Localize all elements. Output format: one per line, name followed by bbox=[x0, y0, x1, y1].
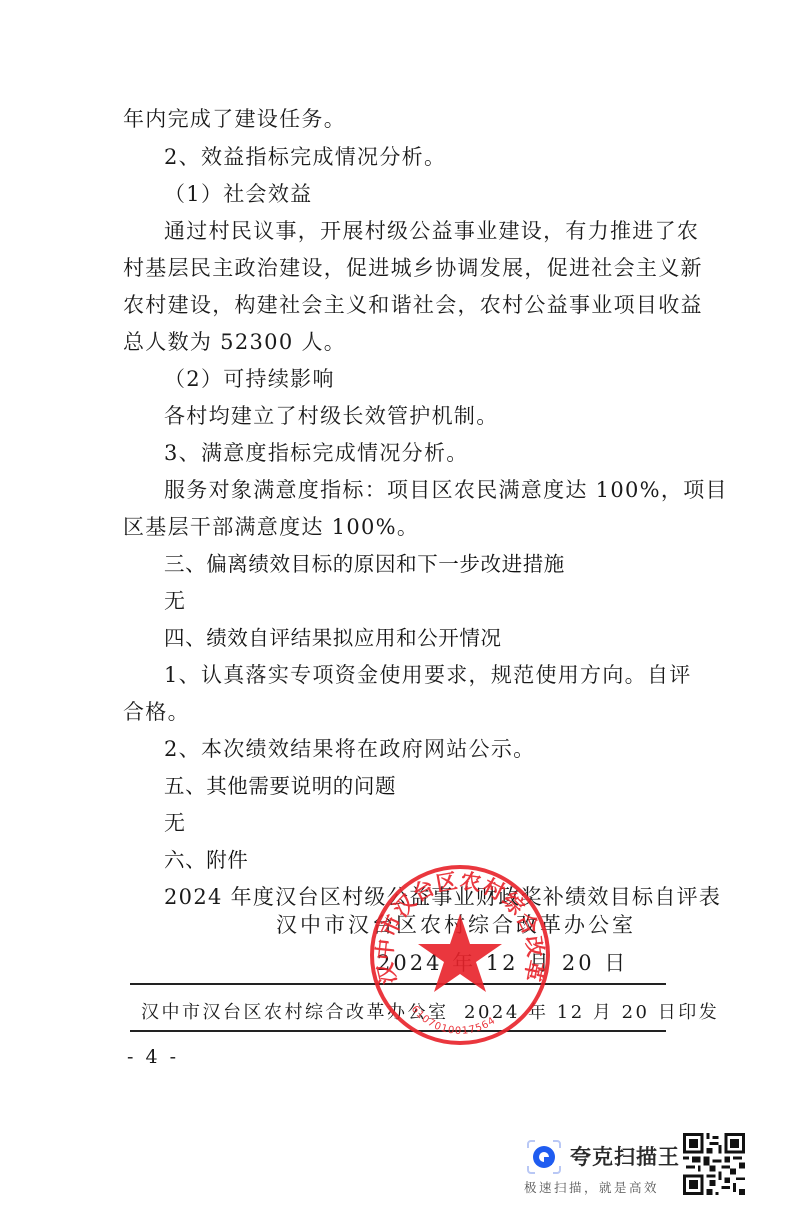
paragraph-line: 合格。 bbox=[123, 699, 190, 725]
document-page: 年内完成了建设任务。2、效益指标完成情况分析。（1）社会效益通过村民议事，开展村… bbox=[0, 0, 793, 1209]
paragraph-line: 区基层干部满意度达 100%。 bbox=[123, 514, 419, 540]
footer-issuer: 汉中市汉台区农村综合改革办公室 bbox=[141, 998, 449, 1024]
footer-bottom-rule bbox=[130, 1030, 666, 1032]
paragraph-line: 村基层民主政治建设，促进城乡协调发展，促进社会主义新 bbox=[123, 255, 703, 281]
scanner-watermark: 夸克扫描王 极速扫描，就是高效 bbox=[520, 1133, 780, 1203]
section-heading: 六、附件 bbox=[164, 847, 248, 873]
signature-date: 2024 年 12 月 20 日 bbox=[377, 947, 628, 977]
paragraph-line: （2）可持续影响 bbox=[164, 366, 335, 392]
paragraph-line: 农村建设，构建社会主义和谐社会，农村公益事业项目收益 bbox=[123, 292, 703, 318]
page-number: - 4 - bbox=[127, 1046, 179, 1068]
watermark-tagline: 极速扫描，就是高效 bbox=[524, 1178, 659, 1196]
section-heading: 五、其他需要说明的问题 bbox=[164, 773, 396, 799]
paragraph-line: （1）社会效益 bbox=[164, 181, 312, 207]
paragraph-line: 无 bbox=[164, 588, 186, 614]
footer-top-rule bbox=[130, 983, 666, 985]
paragraph-line: 总人数为 52300 人。 bbox=[123, 329, 346, 355]
paragraph-line: 2、效益指标完成情况分析。 bbox=[164, 144, 446, 170]
qr-code-icon bbox=[683, 1133, 745, 1195]
footer-issue-date: 2024 年 12 月 20 日印发 bbox=[464, 998, 719, 1024]
paragraph-line: 各村均建立了村级长效管护机制。 bbox=[164, 403, 499, 429]
section-heading: 四、绩效自评结果拟应用和公开情况 bbox=[164, 625, 502, 651]
signature-organization: 汉中市汉台区农村综合改革办公室 bbox=[276, 909, 636, 939]
paragraph-line: 3、满意度指标完成情况分析。 bbox=[164, 440, 469, 466]
paragraph-line: 通过村民议事，开展村级公益事业建设，有力推进了农 bbox=[164, 218, 699, 244]
section-heading: 三、偏离绩效目标的原因和下一步改进措施 bbox=[164, 551, 565, 577]
paragraph-line: 2、本次绩效结果将在政府网站公示。 bbox=[164, 736, 535, 762]
paragraph-line: 服务对象满意度指标：项目区农民满意度达 100%，项目 bbox=[164, 477, 728, 503]
paragraph-line: 1、认真落实专项资金使用要求，规范使用方向。自评 bbox=[164, 662, 692, 688]
quark-logo-icon bbox=[525, 1138, 563, 1176]
paragraph-line: 年内完成了建设任务。 bbox=[123, 106, 346, 132]
paragraph-line: 无 bbox=[164, 810, 186, 836]
paragraph-line: 2024 年度汉台区村级公益事业财政奖补绩效目标自评表 bbox=[164, 884, 721, 910]
watermark-app-name: 夸克扫描王 bbox=[570, 1141, 680, 1171]
